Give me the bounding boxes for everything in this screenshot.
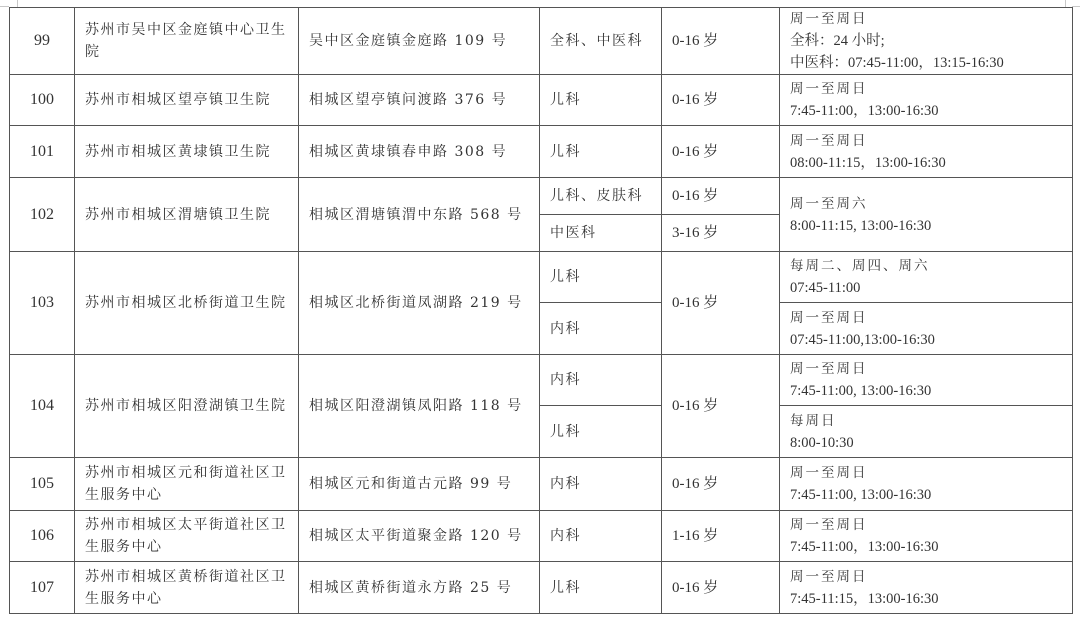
age-range: 1-16 岁 xyxy=(662,511,780,562)
table-row: 99 苏州市吴中区金庭镇中心卫生院 吴中区金庭镇金庭路 109 号 全科、中医科… xyxy=(10,8,1073,75)
table-row: 101 苏州市相城区黄埭镇卫生院 相城区黄埭镇春申路 308 号 儿科 0-16… xyxy=(10,126,1073,178)
clinic-name: 苏州市相城区太平街道社区卫生服务中心 xyxy=(75,511,299,562)
department: 内科 xyxy=(540,458,662,511)
row-number: 105 xyxy=(10,458,75,511)
hours-days: 每周二、周四、周六 xyxy=(790,255,1062,277)
hours-days: 周一至周日 xyxy=(790,8,1062,30)
hours-time: 7:45-11:00，13:00-16:30 xyxy=(790,536,1062,558)
age-range: 3-16 岁 xyxy=(662,215,780,252)
department: 儿科、皮肤科 xyxy=(540,178,662,215)
clinic-address: 相城区黄埭镇春申路 308 号 xyxy=(299,126,540,178)
department: 儿科 xyxy=(540,252,662,303)
hours-days: 周一至周日 xyxy=(790,307,1062,329)
service-hours: 每周日 8:00-10:30 xyxy=(780,406,1073,458)
service-hours: 每周二、周四、周六 07:45-11:00 xyxy=(780,252,1073,303)
page-corner-mark-left-h xyxy=(0,6,9,7)
clinic-name: 苏州市相城区渭塘镇卫生院 xyxy=(75,178,299,252)
service-hours: 周一至周日 08:00-11:15，13:00-16:30 xyxy=(780,126,1073,178)
age-range: 0-16 岁 xyxy=(662,252,780,355)
page-corner-mark-right-v xyxy=(1065,0,1066,7)
hours-time: 中医科：07:45-11:00，13:15-16:30 xyxy=(790,52,1062,74)
clinic-address: 相城区元和街道古元路 99 号 xyxy=(299,458,540,511)
clinic-name: 苏州市相城区北桥街道卫生院 xyxy=(75,252,299,355)
clinic-name: 苏州市相城区阳澄湖镇卫生院 xyxy=(75,355,299,458)
service-hours: 周一至周日 全科：24 小时; 中医科：07:45-11:00，13:15-16… xyxy=(780,8,1073,75)
age-range: 0-16 岁 xyxy=(662,562,780,614)
table-row: 105 苏州市相城区元和街道社区卫生服务中心 相城区元和街道古元路 99 号 内… xyxy=(10,458,1073,511)
hours-time: 07:45-11:00 xyxy=(790,277,1062,299)
clinic-address: 相城区北桥街道凤湖路 219 号 xyxy=(299,252,540,355)
page-corner-mark-left-v xyxy=(17,0,18,7)
hours-days: 周一至周日 xyxy=(790,358,1062,380)
clinic-name: 苏州市相城区望亭镇卫生院 xyxy=(75,75,299,126)
hours-time: 7:45-11:00, 13:00-16:30 xyxy=(790,380,1062,402)
clinic-address: 相城区渭塘镇渭中东路 568 号 xyxy=(299,178,540,252)
clinic-address: 相城区阳澄湖镇凤阳路 118 号 xyxy=(299,355,540,458)
row-number: 103 xyxy=(10,252,75,355)
clinic-name: 苏州市吴中区金庭镇中心卫生院 xyxy=(75,8,299,75)
row-number: 100 xyxy=(10,75,75,126)
hours-days: 周一至周日 xyxy=(790,514,1062,536)
clinic-name: 苏州市相城区黄埭镇卫生院 xyxy=(75,126,299,178)
row-number: 101 xyxy=(10,126,75,178)
clinic-address: 吴中区金庭镇金庭路 109 号 xyxy=(299,8,540,75)
row-number: 106 xyxy=(10,511,75,562)
department: 中医科 xyxy=(540,215,662,252)
table-row: 107 苏州市相城区黄桥街道社区卫生服务中心 相城区黄桥街道永方路 25 号 儿… xyxy=(10,562,1073,614)
department: 儿科 xyxy=(540,126,662,178)
service-hours: 周一至周六 8:00-11:15, 13:00-16:30 xyxy=(780,178,1073,252)
age-range: 0-16 岁 xyxy=(662,178,780,215)
row-number: 102 xyxy=(10,178,75,252)
service-hours: 周一至周日 7:45-11:00，13:00-16:30 xyxy=(780,511,1073,562)
hours-days: 周一至周日 xyxy=(790,566,1062,588)
age-range: 0-16 岁 xyxy=(662,458,780,511)
table-row: 106 苏州市相城区太平街道社区卫生服务中心 相城区太平街道聚金路 120 号 … xyxy=(10,511,1073,562)
clinic-address: 相城区望亭镇问渡路 376 号 xyxy=(299,75,540,126)
service-hours: 周一至周日 7:45-11:00, 13:00-16:30 xyxy=(780,458,1073,511)
department: 儿科 xyxy=(540,406,662,458)
hours-days: 周一至周日 xyxy=(790,462,1062,484)
table-row: 102 苏州市相城区渭塘镇卫生院 相城区渭塘镇渭中东路 568 号 儿科、皮肤科… xyxy=(10,178,1073,215)
department: 内科 xyxy=(540,355,662,406)
hours-days: 周一至周六 xyxy=(790,193,1062,215)
clinic-name: 苏州市相城区黄桥街道社区卫生服务中心 xyxy=(75,562,299,614)
clinic-address: 相城区太平街道聚金路 120 号 xyxy=(299,511,540,562)
hours-days: 每周日 xyxy=(790,410,1062,432)
age-range: 0-16 岁 xyxy=(662,355,780,458)
service-hours: 周一至周日 7:45-11:00, 13:00-16:30 xyxy=(780,355,1073,406)
table-row: 100 苏州市相城区望亭镇卫生院 相城区望亭镇问渡路 376 号 儿科 0-16… xyxy=(10,75,1073,126)
row-number: 107 xyxy=(10,562,75,614)
clinic-schedule-table: 99 苏州市吴中区金庭镇中心卫生院 吴中区金庭镇金庭路 109 号 全科、中医科… xyxy=(9,7,1073,614)
hours-time: 08:00-11:15，13:00-16:30 xyxy=(790,152,1062,174)
clinic-address: 相城区黄桥街道永方路 25 号 xyxy=(299,562,540,614)
hours-time: 7:45-11:00, 13:00-16:30 xyxy=(790,484,1062,506)
table-row: 103 苏州市相城区北桥街道卫生院 相城区北桥街道凤湖路 219 号 儿科 0-… xyxy=(10,252,1073,303)
department: 儿科 xyxy=(540,562,662,614)
department: 内科 xyxy=(540,511,662,562)
hours-time: 07:45-11:00,13:00-16:30 xyxy=(790,329,1062,351)
hours-time: 7:45-11:15，13:00-16:30 xyxy=(790,588,1062,610)
hours-time: 7:45-11:00，13:00-16:30 xyxy=(790,100,1062,122)
department: 儿科 xyxy=(540,75,662,126)
age-range: 0-16 岁 xyxy=(662,75,780,126)
age-range: 0-16 岁 xyxy=(662,8,780,75)
service-hours: 周一至周日 7:45-11:15，13:00-16:30 xyxy=(780,562,1073,614)
row-number: 104 xyxy=(10,355,75,458)
age-range: 0-16 岁 xyxy=(662,126,780,178)
service-hours: 周一至周日 7:45-11:00，13:00-16:30 xyxy=(780,75,1073,126)
page-corner-mark-right-h xyxy=(1072,6,1080,7)
table-row: 104 苏州市相城区阳澄湖镇卫生院 相城区阳澄湖镇凤阳路 118 号 内科 0-… xyxy=(10,355,1073,406)
department: 内科 xyxy=(540,303,662,355)
hours-days: 周一至周日 xyxy=(790,78,1062,100)
row-number: 99 xyxy=(10,8,75,75)
service-hours: 周一至周日 07:45-11:00,13:00-16:30 xyxy=(780,303,1073,355)
hours-time: 全科：24 小时; xyxy=(790,30,1062,52)
clinic-name: 苏州市相城区元和街道社区卫生服务中心 xyxy=(75,458,299,511)
hours-time: 8:00-10:30 xyxy=(790,432,1062,454)
hours-days: 周一至周日 xyxy=(790,130,1062,152)
department: 全科、中医科 xyxy=(540,8,662,75)
hours-time: 8:00-11:15, 13:00-16:30 xyxy=(790,215,1062,237)
